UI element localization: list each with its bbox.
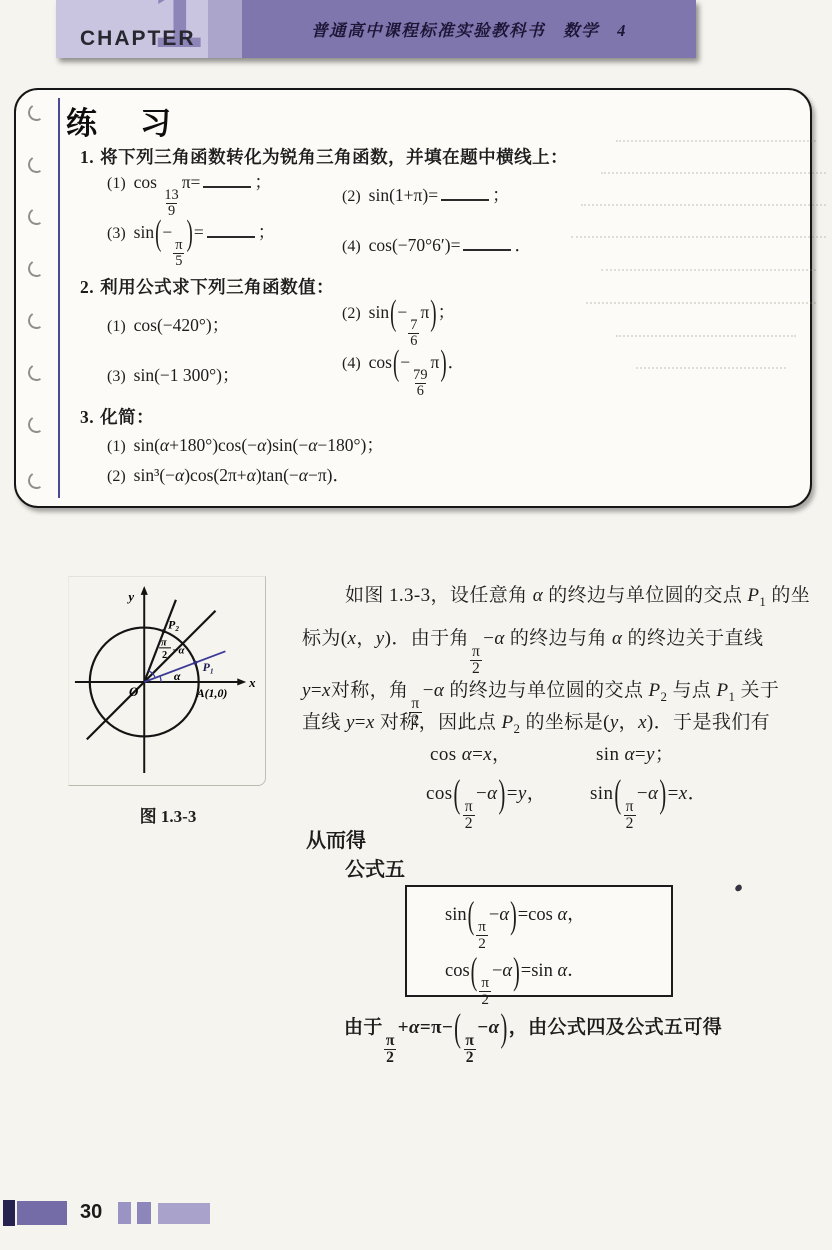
scan-artifact [616, 140, 816, 142]
margin-rule-line [58, 98, 60, 498]
exercise-part: (4)cos(−70°6′)=． [342, 232, 532, 257]
part-math: sin(1+π)=； [369, 185, 510, 205]
exercise-part: (2)sin³(−α)cos(2π+α)tan(−α−π)． [107, 462, 350, 487]
line-y-equals-x [87, 611, 216, 740]
exercise-row: (3)sin(−π5)=； (4)cos(−70°6′)=． [107, 222, 532, 266]
congerde-text: 从而得 [306, 824, 366, 853]
binding-hole-icon [26, 154, 47, 175]
item-text: 利用公式求下列三角函数值： [100, 277, 334, 297]
scan-artifact [616, 335, 796, 337]
binding-hole-icon [26, 102, 47, 123]
formula-five-box: sin(π2−α)=cos α， cos(π2−α)=sin α． [405, 885, 673, 997]
footer-square [3, 1200, 15, 1226]
item-number: 2. [80, 277, 94, 297]
banner-title-band: 普通高中课程标准实验教科书 数学 4 [242, 0, 696, 58]
scan-artifact [571, 236, 826, 238]
x-axis-label: x [248, 676, 256, 690]
point-a-label: A(1,0) [196, 686, 228, 700]
point-p2 [162, 629, 166, 633]
part-number: (1) [107, 438, 126, 455]
exercise-box: 练 习 1.将下列三角函数转化为锐角三角函数，并填在题中横线上： (1)cos … [14, 88, 812, 508]
part-math: sin(α+180°)cos(−α)sin(−α−180°)； [134, 435, 384, 455]
exercise-row: (1)sin(α+180°)cos(−α)sin(−α−180°)； [107, 430, 384, 458]
binding-hole-icon [26, 414, 47, 435]
exercise-part: (2)sin(−76π)； [342, 299, 455, 349]
part-number: (3) [107, 225, 126, 242]
exercise-part: (1)cos 139π=； [107, 169, 342, 219]
part-math: sin(−1 300°)； [134, 365, 240, 385]
binding-hole-icon [26, 206, 47, 227]
scan-artifact [636, 367, 786, 369]
chapter-banner: 1 CHAPTER 普通高中课程标准实验教科书 数学 4 [56, 0, 696, 58]
exercise-title: 练 习 [66, 98, 177, 143]
scan-artifact [586, 302, 816, 304]
conclusion-line: 由于π2+α=π−(π2−α)，由公式四及公式五可得 [344, 1002, 722, 1054]
paragraph-line: 直线 y=x 对称，因此点 P2 的坐标是(y，x)．于是我们有 [302, 708, 770, 738]
figure-caption: 图 1.3-3 [68, 802, 268, 827]
angle-label-minus-alpha: −α [172, 644, 186, 656]
part-number: (4) [342, 238, 361, 255]
exercise-item-1-head: 1.将下列三角函数转化为锐角三角函数，并填在题中横线上： [80, 144, 568, 169]
p1-label: P₁ [203, 660, 214, 674]
x-axis-arrow-icon [237, 678, 246, 685]
chapter-word: CHAPTER [80, 27, 196, 51]
part-math: cos(−796π)． [369, 352, 465, 372]
item-text: 将下列三角函数转化为锐角三角函数，并填在题中横线上： [100, 147, 568, 167]
binding-hole-icon [26, 470, 47, 491]
page-number: 30 [80, 1201, 102, 1224]
equation: sin(π2−α)=x． [590, 768, 707, 820]
banner-divider-strip [208, 0, 242, 58]
part-math: sin(−76π)； [369, 302, 455, 322]
paragraph-line: 标为(x，y)．由于角π2−α 的终边与角 α 的终边关于直线 [302, 613, 763, 665]
exercise-row: (1)cos 139π=； (2)sin(1+π)=； [107, 172, 510, 216]
exercise-part: (3)sin(−1 300°)； [107, 362, 342, 387]
ink-speck [734, 884, 743, 893]
part-number: (3) [107, 368, 126, 385]
exercise-part: (1)cos(−420°)； [107, 312, 342, 337]
scan-artifact [581, 204, 826, 206]
formula-line: cos(π2−α)=sin α． [407, 943, 671, 999]
part-math: cos 139π=； [134, 172, 272, 192]
part-math: sin(−π5)=； [134, 222, 276, 242]
exercise-row: (2)sin³(−α)cos(2π+α)tan(−α−π)． [107, 460, 350, 488]
figure-1-3-3: y x O A(1,0) P₂ P₁ α π 2 −α 图 1.3-3 [68, 576, 268, 827]
formula-line: sin(π2−α)=cos α， [407, 887, 671, 943]
p2-label: P₂ [168, 618, 179, 632]
footer-square [118, 1202, 131, 1224]
equation: cos(π2−α)=y， [426, 768, 546, 820]
binding-hole-icon [26, 310, 47, 331]
y-axis-label: y [126, 590, 134, 604]
part-math: cos(−420°)； [134, 315, 230, 335]
exercise-part: (3)sin(−π5)=； [107, 219, 342, 269]
footer-bar [17, 1201, 67, 1225]
scan-artifact [601, 172, 826, 174]
exercise-part: (2)sin(1+π)=； [342, 182, 510, 207]
unit-circle-diagram: y x O A(1,0) P₂ P₁ α π 2 −α [68, 576, 266, 786]
part-number: (2) [342, 188, 361, 205]
binding-hole-icon [26, 258, 47, 279]
y-axis-arrow-icon [141, 586, 148, 595]
exercise-part: (4)cos(−796π)． [342, 349, 465, 399]
part-number: (4) [342, 355, 361, 372]
exercise-item-2-head: 2.利用公式求下列三角函数值： [80, 274, 334, 299]
footer-bar [158, 1203, 210, 1224]
part-math: cos(−70°6′)=． [369, 235, 532, 255]
scan-artifact [601, 269, 816, 271]
item-number: 3. [80, 407, 94, 427]
book-title: 普通高中课程标准实验教科书 数学 4 [311, 17, 627, 41]
angle-label-denominator: 2 [162, 650, 167, 661]
exercise-item-3-head: 3.化简： [80, 404, 154, 429]
formula-five-title: 公式五 [345, 853, 405, 882]
exercise-part: (1)sin(α+180°)cos(−α)sin(−α−180°)； [107, 432, 384, 457]
part-number: (2) [107, 468, 126, 485]
part-number: (2) [342, 305, 361, 322]
origin-label: O [129, 685, 138, 699]
terminal-side-p2 [144, 600, 176, 682]
part-number: (1) [107, 318, 126, 335]
exercise-row: (1)cos(−420°)； (2)sin(−76π)； [107, 302, 455, 346]
binding-hole-icon [26, 362, 47, 383]
point-p1 [193, 661, 197, 665]
part-number: (1) [107, 175, 126, 192]
item-number: 1. [80, 147, 94, 167]
banner-left-segment: 1 CHAPTER [56, 0, 208, 58]
angle-label-pi: π [161, 637, 167, 648]
paragraph-line: 如图 1.3-3，设任意角 α 的终边与单位圆的交点 P1 的坐 [345, 581, 810, 611]
exercise-row: (3)sin(−1 300°)； (4)cos(−796π)． [107, 352, 465, 396]
part-math: sin³(−α)cos(2π+α)tan(−α−π)． [134, 465, 350, 485]
alpha-label: α [174, 669, 181, 683]
footer-square [137, 1202, 151, 1224]
item-text: 化简： [100, 407, 154, 427]
